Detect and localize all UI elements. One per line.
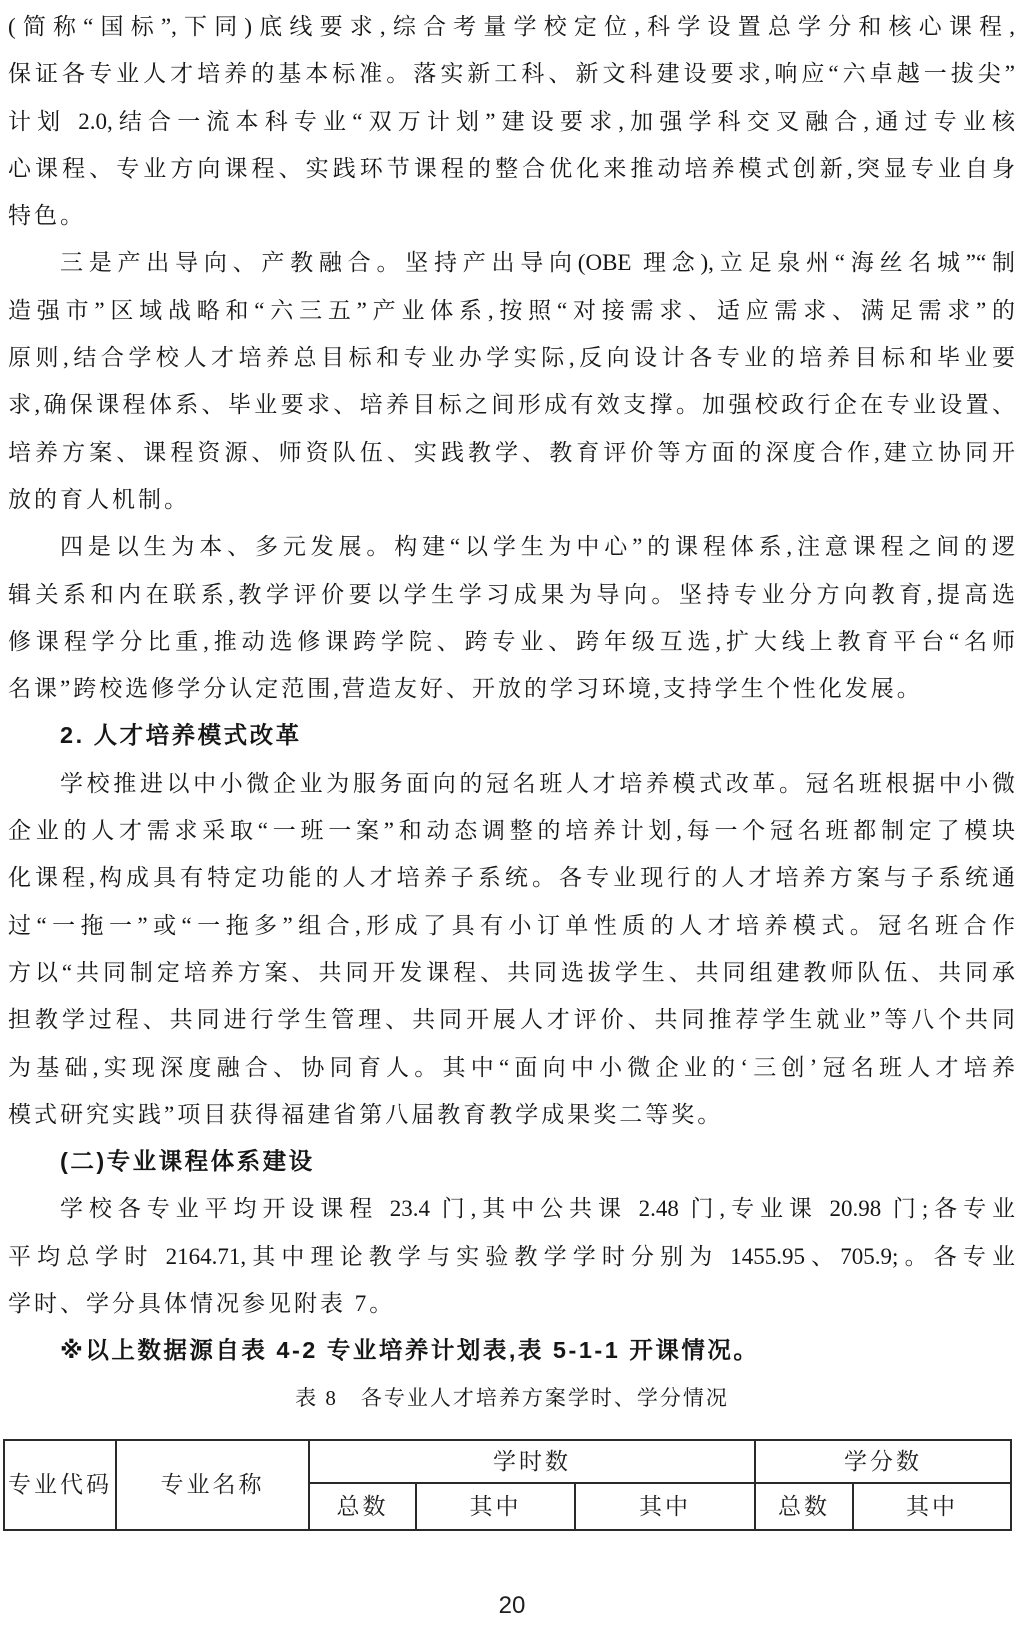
text-line: 学时、学分具体情况参见附表 7。	[8, 1280, 1015, 1327]
text-line: 培养方案、课程资源、师资队伍、实践教学、教育评价等方面的深度合作,建立协同开	[8, 429, 1015, 476]
th-hours-sub1: 其中	[416, 1483, 575, 1530]
text-line: (简称“国标”,下同)底线要求,综合考量学校定位,科学设置总学分和核心课程,	[8, 3, 1015, 50]
th-credits-total: 总数	[755, 1483, 853, 1530]
text-line: 求,确保课程体系、毕业要求、培养目标之间形成有效支撑。加强校政行企在专业设置、	[8, 381, 1015, 428]
text-line: 修课程学分比重,推动选修课跨学院、跨专业、跨年级互选,扩大线上教育平台“名师	[8, 618, 1015, 665]
program-hours-credits-table: 专业代码 专业名称 学时数 学分数 总数 其中 其中 总数 其中	[3, 1439, 1012, 1531]
text-line: 学校推进以中小微企业为服务面向的冠名班人才培养模式改革。冠名班根据中小微	[8, 760, 1015, 807]
text-line: 化课程,构成具有特定功能的人才培养子系统。各专业现行的人才培养方案与子系统通	[8, 854, 1015, 901]
text-line: 原则,结合学校人才培养总目标和专业办学实际,反向设计各专业的培养目标和毕业要	[8, 334, 1015, 381]
text-line: 放的育人机制。	[8, 476, 1015, 523]
th-major-name: 专业名称	[116, 1440, 309, 1530]
text-line: 平均总学时 2164.71,其中理论教学与实验教学学时分别为 1455.95、7…	[8, 1233, 1015, 1280]
text-line: 模式研究实践”项目获得福建省第八届教育教学成果奖二等奖。	[8, 1091, 1015, 1138]
text-line: 保证各专业人才培养的基本标准。落实新工科、新文科建设要求,响应“六卓越一拔尖”	[8, 50, 1015, 97]
page-number: 20	[0, 1592, 1024, 1620]
text-line: 计划 2.0,结合一流本科专业“双万计划”建设要求,加强学科交叉融合,通过专业核	[8, 98, 1015, 145]
document-page: (简称“国标”,下同)底线要求,综合考量学校定位,科学设置总学分和核心课程,保证…	[0, 0, 1024, 1629]
text-line: ※以上数据源自表 4-2 专业培养计划表,表 5-1-1 开课情况。	[8, 1327, 1015, 1374]
document-body: (简称“国标”,下同)底线要求,综合考量学校定位,科学设置总学分和核心课程,保证…	[0, 0, 1024, 1375]
text-line: 四是以生为本、多元发展。构建“以学生为中心”的课程体系,注意课程之间的逻	[8, 523, 1015, 570]
th-hours-sub2: 其中	[575, 1483, 755, 1530]
th-hours-group: 学时数	[309, 1440, 755, 1483]
text-line: 学校各专业平均开设课程 23.4 门,其中公共课 2.48 门,专业课 20.9…	[8, 1185, 1015, 1232]
text-line: 担教学过程、共同进行学生管理、共同开展人才评价、共同推荐学生就业”等八个共同	[8, 996, 1015, 1043]
text-line: (二)专业课程体系建设	[8, 1138, 1015, 1185]
th-major-code: 专业代码	[4, 1440, 116, 1530]
text-line: 过“一拖一”或“一拖多”组合,形成了具有小订单性质的人才培养模式。冠名班合作	[8, 902, 1015, 949]
table-caption: 表 8 各专业人才培养方案学时、学分情况	[0, 1375, 1024, 1422]
th-hours-total: 总数	[309, 1483, 416, 1530]
text-line: 为基础,实现深度融合、协同育人。其中“面向中小微企业的‘三创’冠名班人才培养	[8, 1044, 1015, 1091]
text-line: 2. 人才培养模式改革	[8, 712, 1015, 759]
text-line: 企业的人才需求采取“一班一案”和动态调整的培养计划,每一个冠名班都制定了模块	[8, 807, 1015, 854]
text-line: 三是产出导向、产教融合。坚持产出导向(OBE 理念),立足泉州“海丝名城”“制	[8, 239, 1015, 286]
text-line: 名课”跨校选修学分认定范围,营造友好、开放的学习环境,支持学生个性化发展。	[8, 665, 1015, 712]
th-credits-group: 学分数	[755, 1440, 1011, 1483]
text-line: 特色。	[8, 192, 1015, 239]
text-line: 心课程、专业方向课程、实践环节课程的整合优化来推动培养模式创新,突显专业自身	[8, 145, 1015, 192]
text-line: 方以“共同制定培养方案、共同开发课程、共同选拔学生、共同组建教师队伍、共同承	[8, 949, 1015, 996]
text-line: 辑关系和内在联系,教学评价要以学生学习成果为导向。坚持专业分方向教育,提高选	[8, 571, 1015, 618]
th-credits-sub: 其中	[853, 1483, 1011, 1530]
text-line: 造强市”区域战略和“六三五”产业体系,按照“对接需求、适应需求、满足需求”的	[8, 287, 1015, 334]
